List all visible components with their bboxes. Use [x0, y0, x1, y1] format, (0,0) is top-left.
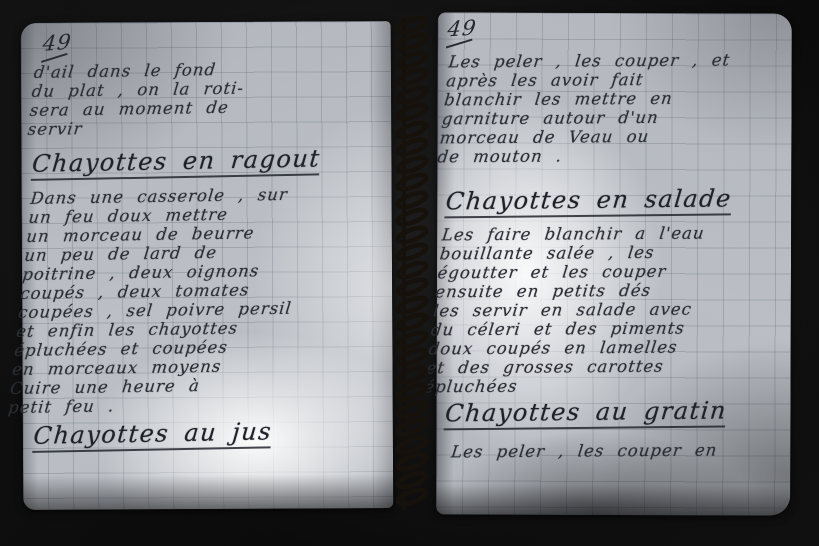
handwritten-line: bouillante salée , les: [439, 243, 704, 264]
heading-text: Chayottes au gratin: [444, 396, 729, 430]
right-page: 49 Les peler , les couper , et après les…: [436, 12, 792, 515]
handwritten-line: du céleri et des piments: [430, 319, 695, 340]
handwritten-line: égoutter et les couper: [437, 262, 702, 283]
heading-chayottes-au-gratin: Chayottes au gratin: [444, 396, 728, 427]
right-page-number: 49: [446, 16, 478, 42]
heading-chayottes-en-salade: Chayottes en salade: [445, 184, 734, 215]
handwritten-line: les servir en salade avec: [432, 300, 697, 321]
handwritten-line: épluchées: [423, 376, 688, 397]
handwritten-line: doux coupés en lamelles: [428, 338, 693, 359]
left-page-number: 49: [41, 30, 72, 56]
notebook-photo: 49 d'ail dans le fond du plat , on la ro…: [0, 0, 819, 546]
heading-text: Chayottes en ragout: [31, 144, 322, 181]
handwritten-line: servir: [27, 117, 241, 139]
handwritten-line: après les avoir fait: [445, 69, 729, 90]
handwritten-line: ensuite en petits dés: [434, 281, 699, 302]
spiral-binding: [384, 16, 446, 513]
heading-text: Chayottes au jus: [32, 417, 273, 453]
heading-text: Chayottes en salade: [444, 184, 733, 218]
handwritten-line: garniture autour d'un: [441, 107, 725, 128]
ragout-recipe-block: Dans une casserole , sur un feu doux met…: [7, 185, 305, 417]
handwritten-line: petit feu .: [7, 394, 282, 417]
handwritten-line: de mouton .: [437, 145, 721, 166]
handwritten-line: Les peler , les couper , et: [448, 50, 732, 71]
handwritten-line: et des grosses carottes: [426, 357, 691, 378]
heading-chayottes-en-ragout: Chayottes en ragout: [31, 144, 322, 178]
handwritten-line: sera au moment de: [29, 98, 243, 120]
left-intro-block: d'ail dans le fond du plat , on la roti-…: [27, 60, 247, 139]
handwritten-line: morceau de Veau ou: [439, 126, 723, 147]
handwritten-line: Les faire blanchir a l'eau: [441, 224, 706, 245]
recipe-continuation-block: Les peler , les couper , et après les av…: [437, 50, 732, 166]
left-page: 49 d'ail dans le fond du plat , on la ro…: [21, 21, 394, 510]
gratin-recipe-block: Les peler , les couper en: [450, 441, 718, 462]
salade-recipe-block: Les faire blanchir a l'eau bouillante sa…: [423, 224, 705, 397]
handwritten-line: blanchir les mettre en: [443, 88, 727, 109]
heading-chayottes-au-jus: Chayottes au jus: [32, 417, 273, 450]
handwritten-line: Les peler , les couper en: [450, 441, 718, 462]
